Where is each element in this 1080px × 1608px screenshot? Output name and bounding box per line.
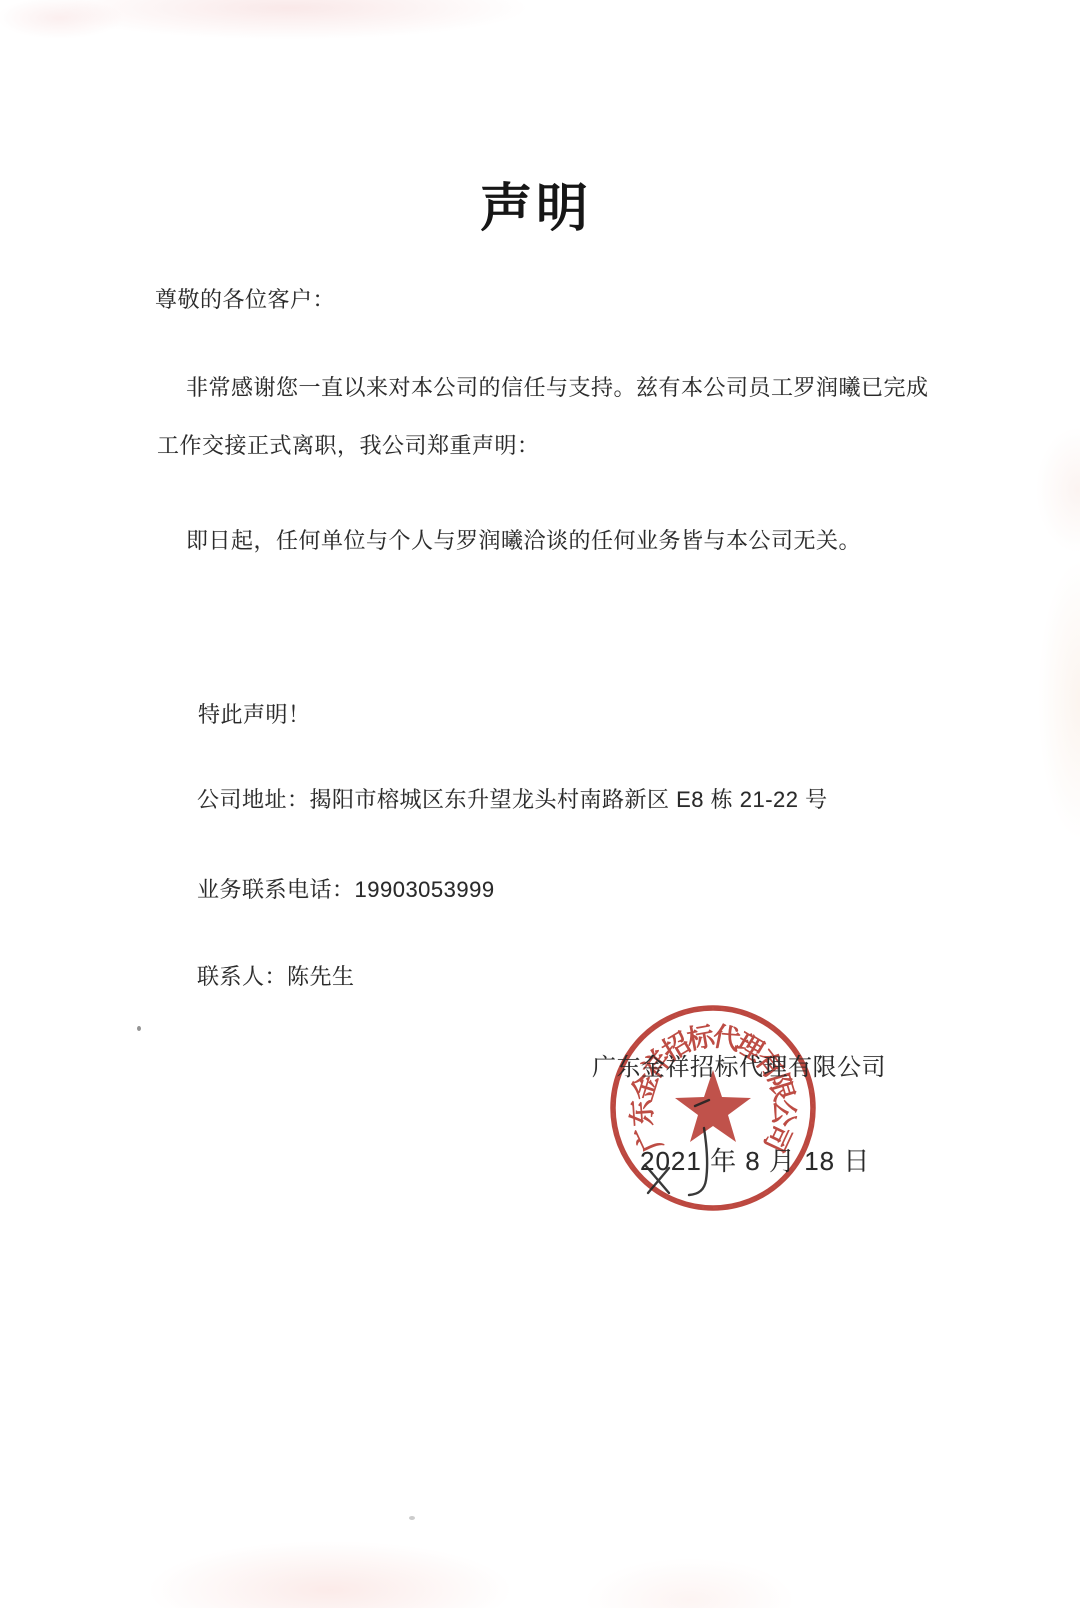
- company-address: 公司地址：揭阳市榕城区东升望龙头村南路新区 E8 栋 21-22 号: [197, 786, 828, 814]
- scanned-statement-document: 声明 尊敬的各位客户： 非常感谢您一直以来对本公司的信任与支持。兹有本公司员工罗…: [0, 0, 1080, 1608]
- scan-speck: [137, 1026, 141, 1031]
- company-seal: 广 东 金 祥 招 标 代 理 有 限 公 司: [583, 978, 843, 1238]
- body-line-2: 工作交接正式离职，我公司郑重声明：: [157, 432, 540, 460]
- signature-date: 2021 年 8 月 18 日: [640, 1145, 870, 1178]
- salutation: 尊敬的各位客户：: [155, 286, 335, 314]
- statement-line: 即日起，任何单位与个人与罗润曦洽谈的任何业务皆与本公司无关。: [186, 527, 861, 555]
- business-phone: 业务联系电话：19903053999: [197, 876, 495, 904]
- contact-person: 联系人：陈先生: [197, 963, 355, 991]
- body-line-1: 非常感谢您一直以来对本公司的信任与支持。兹有本公司员工罗润曦已完成: [186, 374, 929, 402]
- closing-line: 特此声明！: [198, 701, 311, 729]
- scan-speck: [409, 1516, 415, 1520]
- document-title: 声明: [0, 166, 1080, 241]
- signature-company: 广东金祥招标代理有限公司: [592, 1053, 886, 1083]
